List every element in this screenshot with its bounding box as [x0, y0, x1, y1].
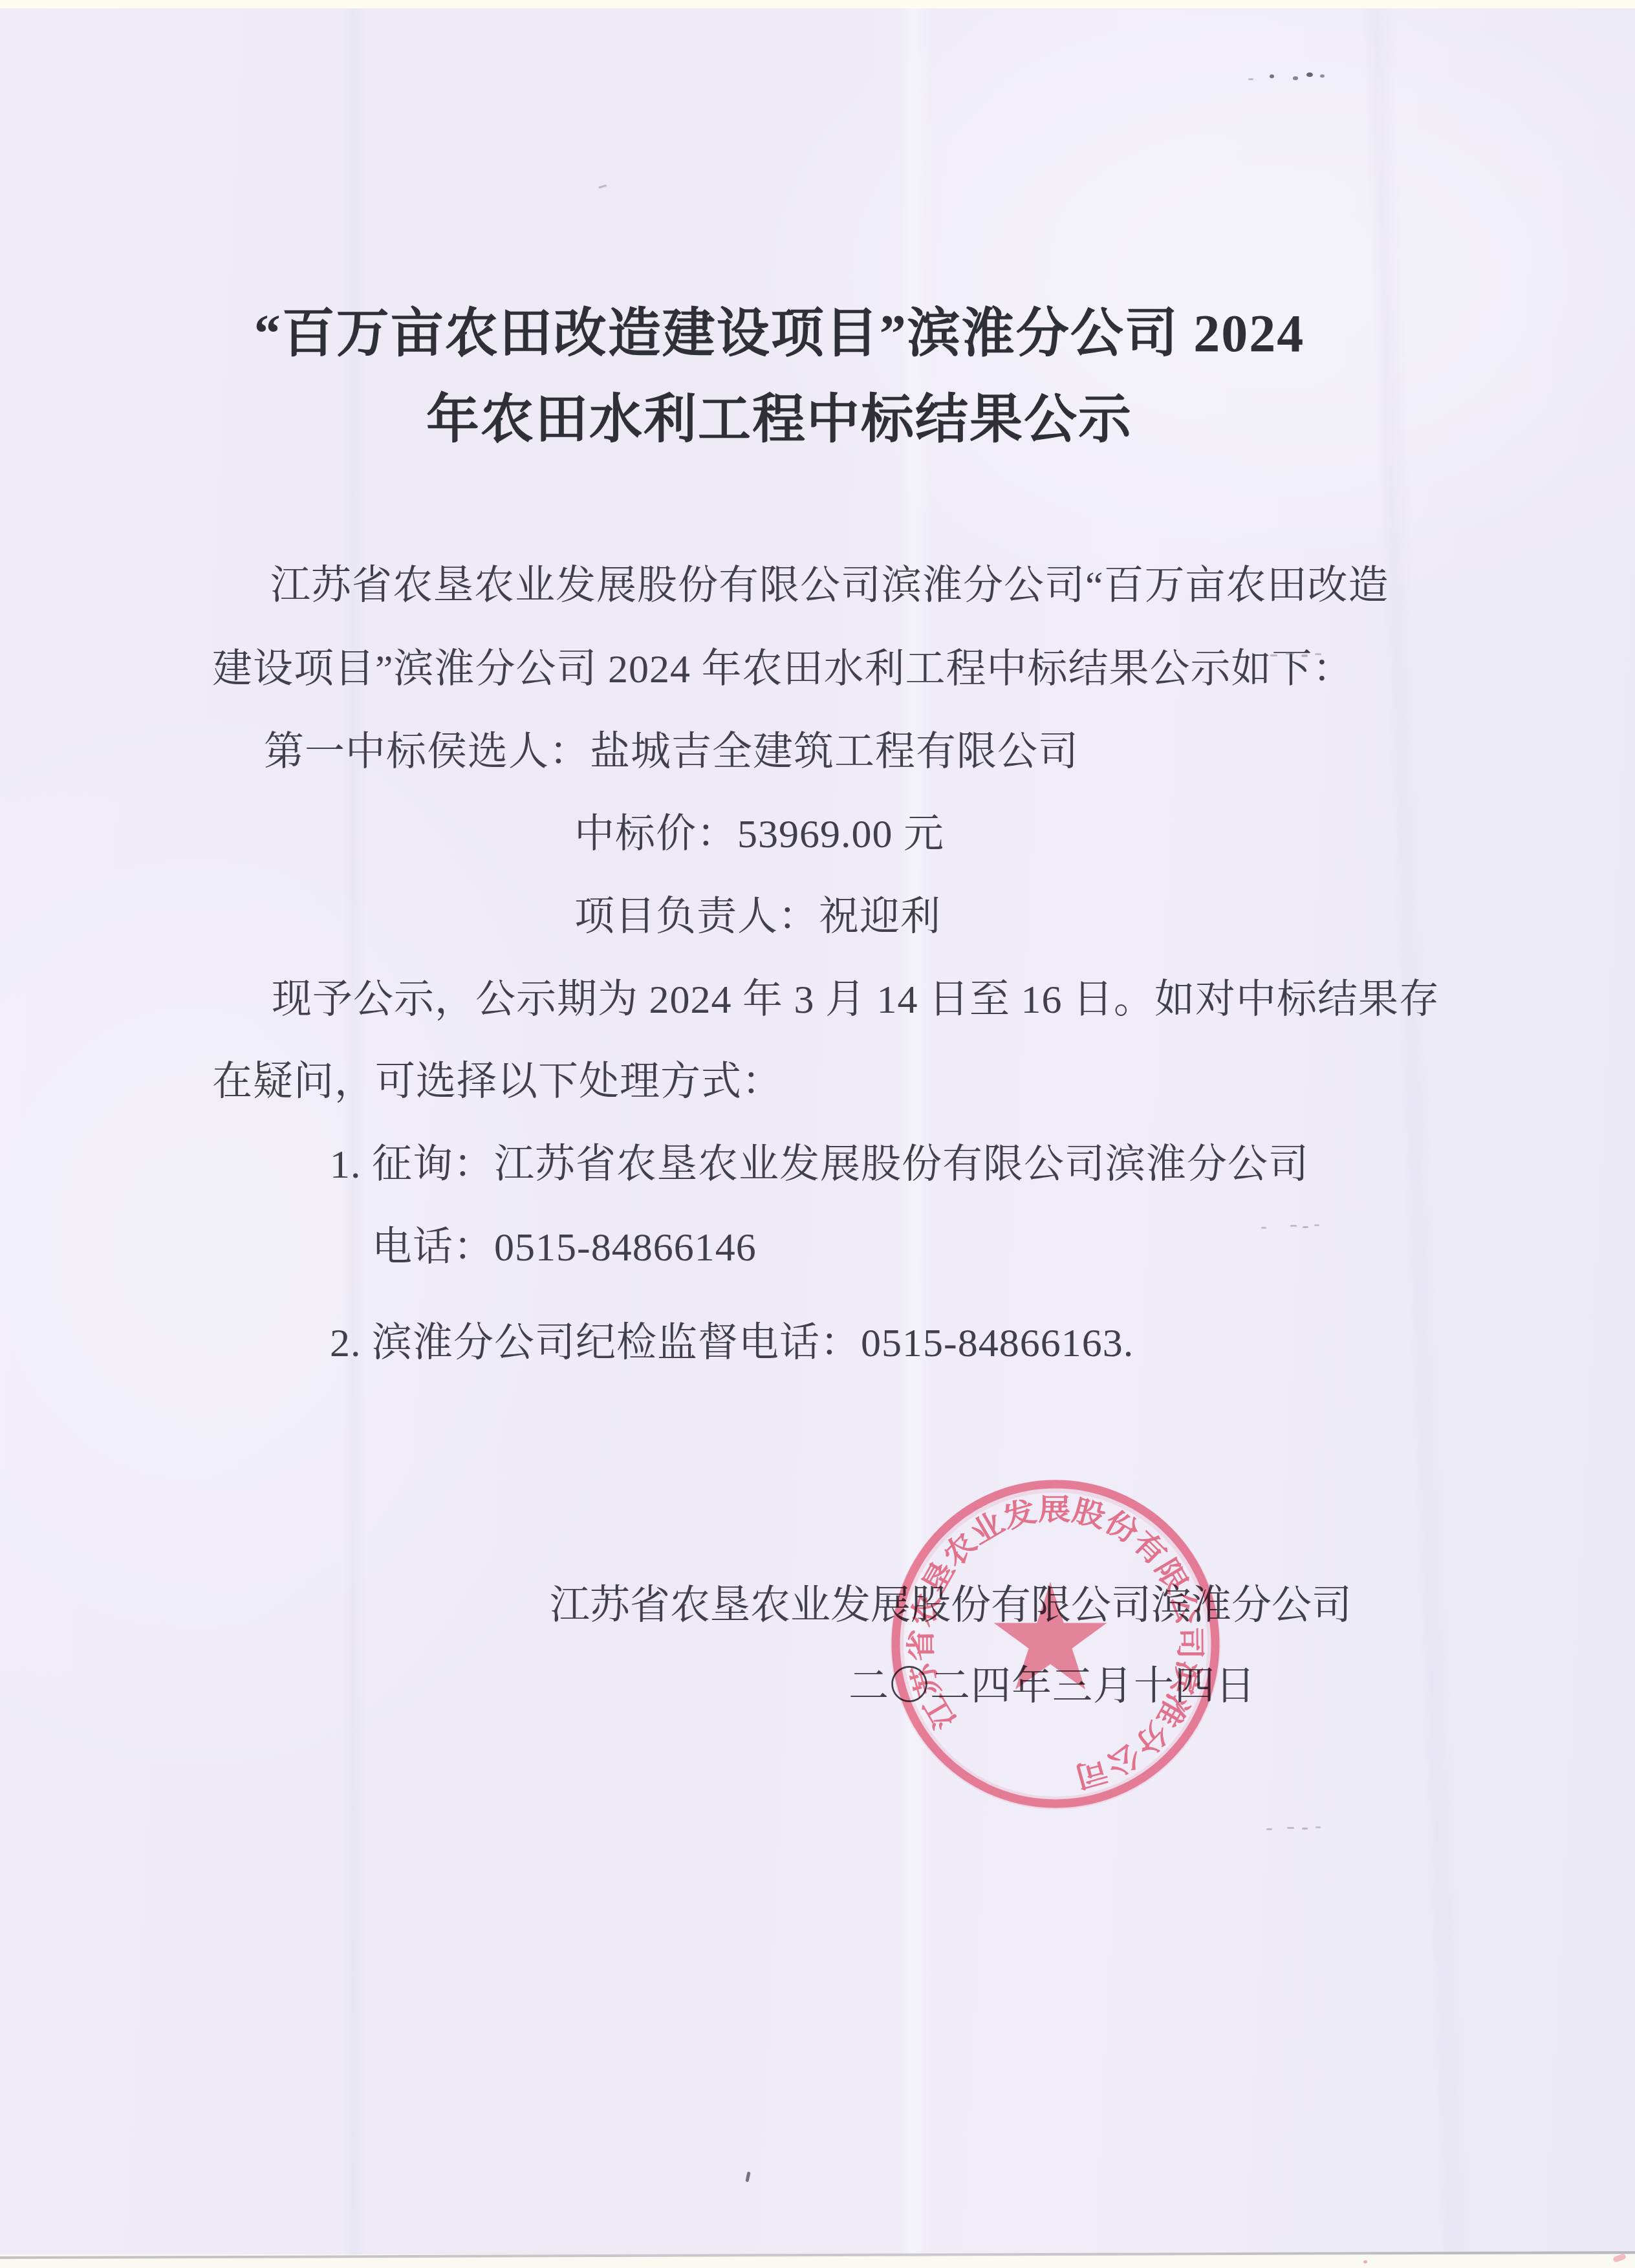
body-line-list-item-2: 2. 滨淮分公司纪检监督电话：0515-84866163. — [330, 1323, 1134, 1364]
ink-smudge — [1363, 2260, 1367, 2263]
body-line-inquiry-phone: 电话：0515-84866146 — [372, 1227, 757, 1268]
body-line-intro-2: 建设项目”滨淮分公司 2024 年农田水利工程中标结果公示如下： — [212, 649, 1354, 690]
document-title-line2: 年农田水利工程中标结果公示 — [91, 376, 1468, 462]
scan-speck — [1266, 1828, 1272, 1830]
scan-speck — [1270, 74, 1274, 78]
scan-speck — [1270, 654, 1277, 656]
body-line-publicity-1: 现予公示，公示期为 2024 年 3 月 14 日至 16 日。如对中标结果存 — [272, 980, 1440, 1021]
seal-star-icon — [994, 1582, 1107, 1689]
scanned-document-page: { "page": { "paper_color": "#eeebf7", "i… — [0, 0, 1635, 2268]
body-line-project-manager: 项目负责人：祝迎利 — [574, 897, 941, 938]
scan-speck — [1301, 654, 1308, 657]
scan-speck — [1287, 1827, 1294, 1829]
scan-speck — [1261, 1227, 1266, 1229]
document-title: “百万亩农田改造建设项目”滨淮分公司 2024 年农田水利工程中标结果公示 — [91, 290, 1468, 462]
scan-speck — [1290, 1225, 1297, 1227]
company-seal-graphic: 江苏省农垦农业发展股份有限公司滨淮分公司 — [874, 1463, 1237, 1825]
document-title-line1: “百万亩农田改造建设项目”滨淮分公司 2024 — [91, 290, 1468, 376]
scan-speck — [1286, 653, 1294, 654]
scan-speck — [1303, 1226, 1308, 1228]
scan-speck — [1293, 76, 1298, 80]
body-line-intro-1: 江苏省农垦农业发展股份有限公司滨淮分公司“百万亩农田改造 — [270, 566, 1389, 607]
body-line-publicity-2: 在疑问，可选择以下处理方式： — [212, 1062, 783, 1103]
body-line-list-item-1: 1. 征询：江苏省农垦农业发展股份有限公司滨淮分公司 — [330, 1145, 1309, 1185]
scan-speck — [1248, 78, 1253, 80]
scan-speck — [1302, 1828, 1308, 1830]
scan-speck — [1306, 72, 1313, 77]
scan-speck — [1315, 653, 1321, 655]
company-seal: 江苏省农垦农业发展股份有限公司滨淮分公司 — [874, 1463, 1237, 1825]
body-line-first-candidate: 第一中标侯选人：盐城吉全建筑工程有限公司 — [264, 732, 1079, 773]
body-line-bid-price: 中标价：53969.00 元 — [574, 814, 944, 855]
scan-speck — [1320, 74, 1325, 78]
scan-speck — [1314, 1224, 1319, 1226]
scan-speck — [1316, 1826, 1321, 1828]
scanner-edge-top — [0, 0, 1635, 8]
